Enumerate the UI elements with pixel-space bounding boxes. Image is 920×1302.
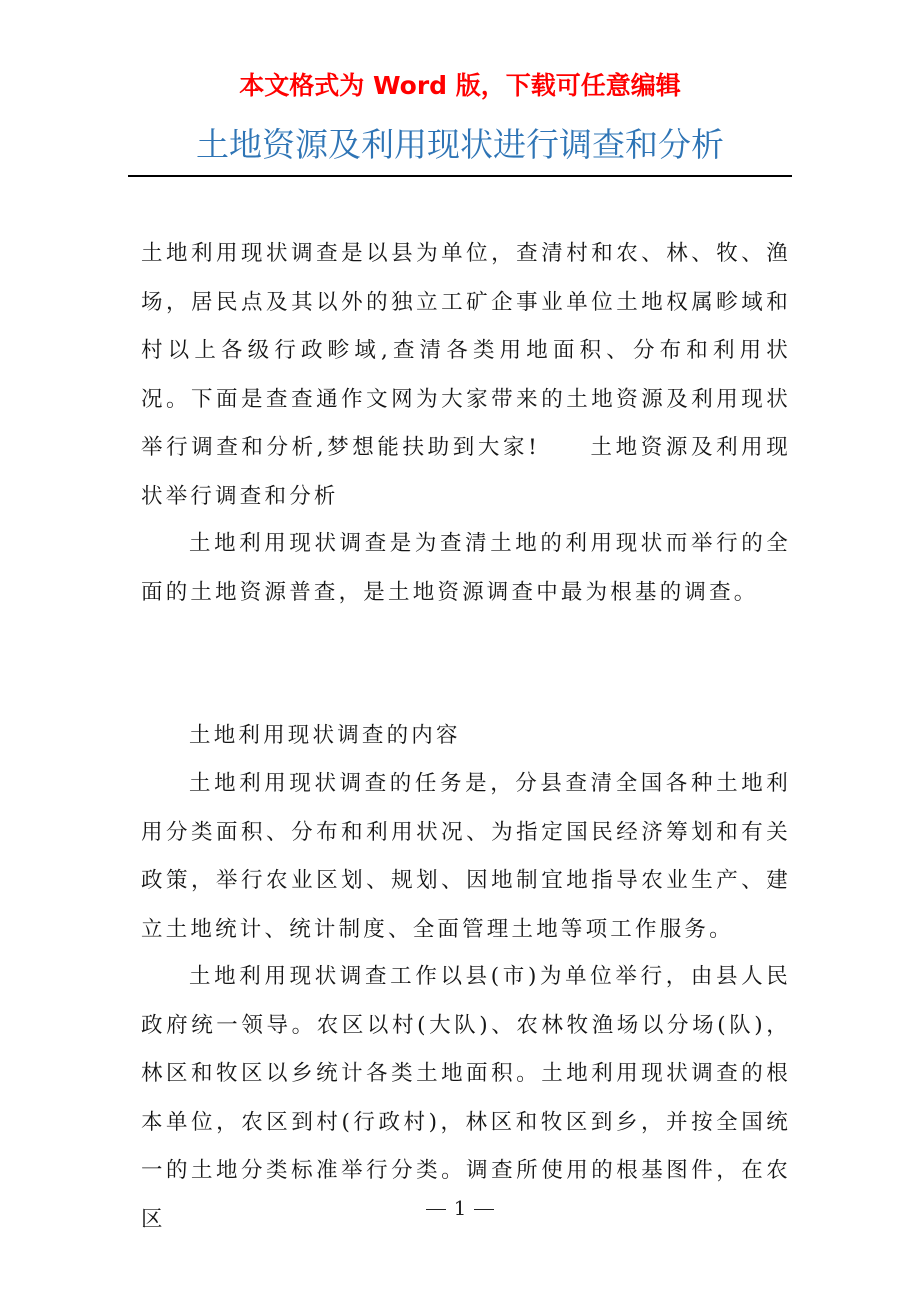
page-number: 1: [454, 1196, 467, 1220]
paragraph-intro: 土地利用现状调查是以县为单位，查清村和农、林、牧、渔场，居民点及其以外的独立工矿…: [141, 230, 791, 521]
footer-dash-right: [474, 1209, 494, 1210]
paragraph-definition: 土地利用现状调查是为查清土地的利用现状而举行的全面的土地资源普查，是土地资源调查…: [141, 520, 791, 617]
document-title: 土地资源及利用现状进行调查和分析: [0, 122, 920, 168]
section-heading-content: 土地利用现状调查的内容: [141, 712, 791, 761]
title-divider: [128, 175, 792, 177]
page-footer: 1: [0, 1193, 920, 1223]
paragraph-task: 土地利用现状调查的任务是，分县查清全国各种土地利用分类面积、分布和利用状况、为指…: [141, 760, 791, 954]
footer-dash-left: [426, 1209, 446, 1210]
download-notice: 本文格式为 Word 版，下载可任意编辑: [0, 68, 920, 104]
